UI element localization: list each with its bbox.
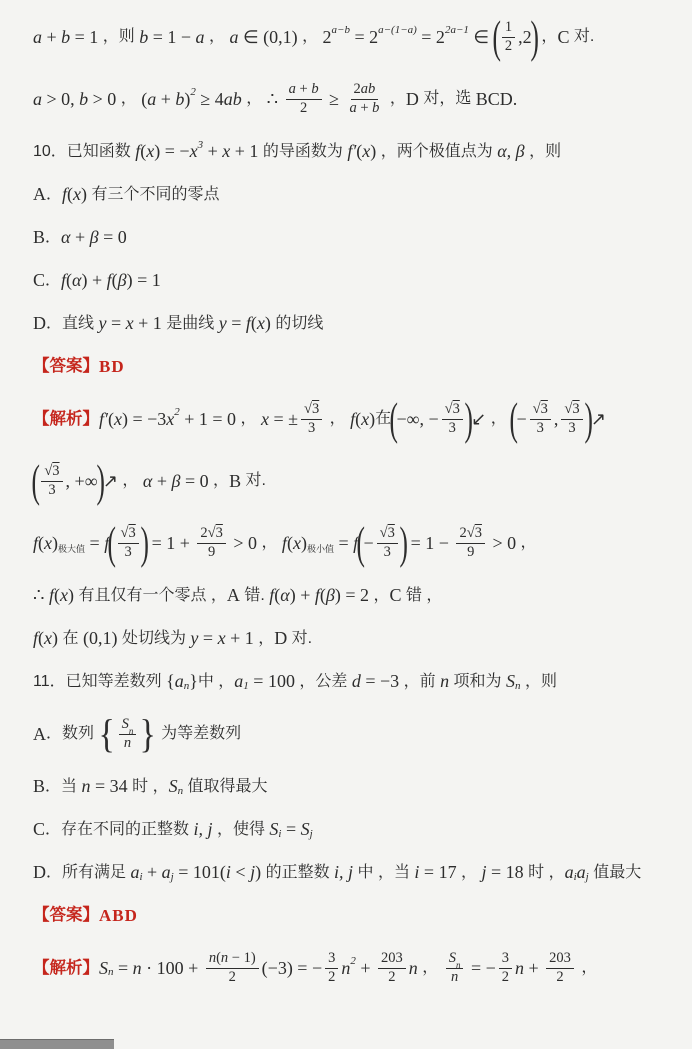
text-run: 3	[125, 544, 132, 561]
text-run: 中 ，当	[353, 863, 414, 883]
text-run: ，则	[98, 27, 139, 47]
text-run: (	[510, 396, 518, 442]
text-run: 1	[505, 19, 512, 36]
text-run: 3	[216, 525, 223, 542]
text-run: ，	[236, 409, 261, 429]
text-run: ．数列	[46, 724, 98, 744]
text-run: α	[72, 269, 81, 292]
text-run: b	[61, 26, 70, 49]
text-run: ，	[118, 471, 143, 491]
question-11-option-b: B．当 n = 34 时 ，Sn 值取得最大	[33, 765, 688, 808]
solution-10-line-5: f(x) 在 (0,1) 处切线为 y = x + 1 ，D 对.	[33, 617, 688, 660]
text-run: )	[52, 627, 63, 650]
text-run: n	[108, 966, 114, 980]
text-run: ≥ 4	[196, 88, 224, 111]
text-run: S	[506, 670, 515, 693]
text-run: x	[44, 532, 52, 555]
text-run: 2√	[459, 525, 474, 542]
text-run: 的导函数为	[263, 142, 347, 162]
text-run: n	[133, 957, 142, 980]
text-run: 2	[300, 100, 307, 117]
text-run: (	[492, 14, 500, 60]
text-run: 2a−1	[445, 24, 469, 38]
text-run: i, j	[193, 818, 212, 841]
text-run: ，	[486, 409, 511, 429]
text-run: n	[409, 957, 418, 980]
text-run: 2	[323, 26, 332, 49]
text-run: √	[304, 401, 312, 418]
text-run: +	[296, 81, 311, 98]
text-run: ≥	[325, 88, 344, 111]
text-run: 的正整数	[266, 863, 334, 883]
question-10-option-b: B．α + β = 0	[33, 216, 688, 259]
text-run: S	[269, 818, 278, 841]
text-run: =	[85, 532, 104, 555]
text-run: ，	[205, 27, 230, 47]
text-run: = 17	[419, 861, 456, 884]
text-run: x	[44, 627, 52, 650]
text-run: ) = −3	[122, 408, 166, 431]
text-run: √	[44, 463, 52, 480]
text-run: 2	[190, 86, 196, 100]
text-run: 11．已知等差数列	[33, 672, 166, 692]
text-run: x	[190, 140, 198, 163]
text-run: ，前	[399, 672, 440, 692]
text-run: 3	[384, 544, 391, 561]
text-run: 处切线为	[122, 629, 190, 649]
question-10-stem: 10．已知函数 f(x) = −x3 + x + 1 的导函数为 f′(x) ，…	[33, 130, 688, 173]
text-run: n	[129, 726, 134, 736]
text-run: ，	[418, 958, 443, 978]
text-run: x	[60, 584, 68, 607]
text-run: ，	[369, 586, 389, 606]
question-11-stem: 11．已知等差数列 {an}中 ，a1 = 100 ，公差 d = −3 ，前 …	[33, 660, 688, 703]
text-run: = 0	[99, 226, 127, 249]
text-run: β	[118, 269, 127, 292]
text-run: = −3	[361, 670, 399, 693]
text-run: 2	[350, 955, 356, 969]
text-run: −	[363, 532, 373, 555]
text-run: 是曲线	[166, 314, 218, 334]
text-run: ，两个极值点为	[376, 142, 497, 162]
text-run: α	[280, 584, 289, 607]
text-run: a−(1−a)	[378, 24, 417, 38]
text-run: 错.	[240, 586, 269, 606]
text-run: n	[184, 680, 190, 694]
text-run: ，	[242, 89, 267, 109]
text-run: + 1	[230, 140, 263, 163]
text-run: y	[219, 312, 227, 335]
answer-11: 【答案】ABD	[33, 894, 688, 937]
text-run: 对，选	[419, 89, 476, 109]
text-run: <	[231, 861, 250, 884]
text-run: x	[218, 627, 226, 650]
text-run: y	[190, 627, 198, 650]
text-run: )	[399, 520, 407, 566]
text-run: 2√	[200, 525, 215, 542]
text-run: {	[99, 714, 115, 754]
text-run: −	[517, 408, 527, 431]
text-run: (	[357, 520, 365, 566]
text-run: ．	[45, 228, 61, 248]
text-run: 对.	[287, 629, 312, 649]
text-run: +	[143, 861, 162, 884]
text-run: C	[33, 269, 45, 292]
text-run: d	[352, 670, 361, 693]
text-run: ．当	[45, 777, 81, 797]
text-run: 极大值	[58, 544, 85, 555]
text-run: 3	[537, 420, 544, 437]
fraction: √33	[561, 401, 582, 436]
text-run: ，	[577, 958, 597, 978]
text-run: n	[440, 670, 449, 693]
text-run: = 2	[417, 26, 445, 49]
question-11-option-a: A．数列 {Snn} 为等差数列	[33, 703, 688, 765]
text-run: + 1 = 0	[180, 408, 236, 431]
text-run: 9	[467, 544, 474, 561]
text-run: S	[169, 775, 178, 798]
solution-10-line-1: 【解析】f′(x) = −3x2 + 1 = 0 ， x = ±√33 ， f(…	[33, 388, 688, 450]
text-run: ) +	[290, 584, 315, 607]
text-run: + 1	[134, 312, 167, 335]
text-run: 203	[381, 950, 403, 967]
text-run: i	[278, 828, 281, 842]
text-run: 时 ，	[132, 777, 168, 797]
fraction: 12	[502, 19, 515, 54]
solution-line-q9-c: a + b = 1 ，则 b = 1 − a ， a ∈ (0,1) ， 2a−…	[33, 6, 688, 68]
text-run: f′	[99, 408, 108, 431]
text-run: 2	[556, 969, 563, 986]
text-run: > 0	[229, 532, 257, 555]
solution-10-line-2: (√33, +∞)↗ ， α + β = 0 ，B 对.	[33, 450, 688, 512]
question-10-option-d: D．直线 y = x + 1 是曲线 y = f(x) 的切线	[33, 302, 688, 345]
text-run: 【解析】	[33, 958, 99, 979]
solution-line-q9-d: a > 0, b > 0 ， (a + b)2 ≥ 4ab ， ∴ a + b2…	[33, 68, 688, 130]
text-run: f′	[347, 140, 356, 163]
text-run: = 18	[487, 861, 529, 884]
text-run: 2	[502, 969, 509, 986]
text-run: > 0	[88, 88, 116, 111]
text-run: 值最大	[589, 863, 641, 883]
text-run: 为等差数列	[157, 724, 241, 744]
text-run: 3	[568, 420, 575, 437]
text-run: = 2	[350, 26, 378, 49]
text-run: a	[196, 26, 205, 49]
text-run: j	[171, 871, 174, 885]
text-run: y	[98, 312, 106, 335]
text-run: ∴	[33, 584, 49, 607]
text-run: }	[140, 714, 156, 754]
text-run: a	[33, 88, 42, 111]
text-run: }	[189, 670, 198, 693]
text-run: 【解析】	[33, 409, 99, 430]
text-run: 2	[328, 969, 335, 986]
text-run: x	[361, 408, 369, 431]
text-run: 1	[243, 680, 249, 694]
text-run: √	[121, 525, 129, 542]
text-run: ．	[46, 185, 62, 205]
text-run: +	[70, 226, 89, 249]
text-run: j	[586, 871, 589, 885]
text-run: = 101(	[174, 861, 226, 884]
text-run: +	[152, 470, 171, 493]
text-run: 203	[549, 950, 571, 967]
text-run: 3	[449, 420, 456, 437]
text-run: a	[33, 26, 42, 49]
text-run: S	[301, 818, 310, 841]
text-run: =	[334, 532, 353, 555]
text-run: n	[456, 960, 461, 970]
text-run: D	[274, 627, 287, 650]
text-run: ，	[257, 533, 282, 553]
fraction: 2032	[546, 950, 574, 985]
text-run: β	[326, 584, 335, 607]
text-run: x	[222, 140, 230, 163]
text-run: b	[372, 100, 379, 117]
fraction: 2032	[378, 950, 406, 985]
text-run: + 1	[226, 627, 254, 650]
text-run: 3	[541, 401, 548, 418]
text-run: 的切线	[275, 314, 323, 334]
text-run: 2	[229, 969, 236, 986]
text-run: a−b	[332, 24, 350, 38]
text-run: x	[362, 140, 370, 163]
text-run: ) = 2	[335, 584, 369, 607]
text-run: (−3) = −	[262, 957, 322, 980]
text-run: = −	[466, 957, 495, 980]
text-run: 2	[174, 406, 180, 420]
text-run: α, β	[497, 140, 524, 163]
text-run: 【答案】	[33, 905, 99, 926]
text-run: ) = 1	[127, 269, 161, 292]
scrollbar-thumb[interactable]	[0, 1039, 114, 1049]
fraction: n(n − 1)2	[206, 950, 259, 985]
text-run: B	[33, 226, 45, 249]
text-run: 3	[388, 525, 395, 542]
text-run: )	[96, 458, 104, 504]
fraction: 2√39	[197, 525, 225, 560]
answer-10: 【答案】BD	[33, 345, 688, 388]
fraction: Snn	[446, 950, 464, 985]
solution-10-line-4: ∴ f(x) 有且仅有一个零点 ，A 错. f(α) + f(β) = 2 ，C…	[33, 574, 688, 617]
text-run: 3	[453, 401, 460, 418]
text-run: 有三个不同的零点	[92, 185, 220, 205]
text-run: x	[146, 140, 154, 163]
text-run: = 1 +	[147, 532, 194, 555]
text-run: n	[124, 735, 131, 752]
text-run: 对.	[569, 27, 594, 47]
text-run: (	[108, 520, 116, 566]
text-run: > 0,	[42, 88, 79, 111]
text-run: α	[143, 470, 152, 493]
text-run: {	[166, 670, 175, 693]
text-run: > 0	[488, 532, 516, 555]
text-run: b	[311, 81, 318, 98]
text-run: D	[33, 312, 46, 335]
fraction: √33	[41, 463, 62, 498]
text-run: a	[349, 100, 356, 117]
text-run: =	[227, 312, 246, 335]
text-run: − 1)	[228, 950, 256, 967]
text-run: a	[130, 861, 139, 884]
text-run: = 0	[180, 470, 208, 493]
text-run: )	[265, 312, 276, 335]
text-run: −∞, −	[396, 408, 438, 431]
text-run: i	[139, 871, 142, 885]
text-run: 有且仅有一个零点 ，	[78, 586, 226, 606]
text-run: ，	[537, 27, 557, 47]
text-run: 2	[505, 38, 512, 55]
text-run: C	[557, 26, 569, 49]
text-run: n	[515, 680, 521, 694]
text-run: b	[79, 88, 88, 111]
text-run: β	[90, 226, 99, 249]
text-run: 对.	[241, 471, 266, 491]
text-run: +	[357, 100, 372, 117]
fraction: 2aba + b	[346, 81, 382, 116]
text-run: S	[449, 950, 456, 967]
text-run: )	[255, 861, 266, 884]
text-run: √	[564, 401, 572, 418]
text-run: ，	[254, 629, 274, 649]
question-11-option-d: D．所有满足 ai + aj = 101(i < j) 的正整数 i, j 中 …	[33, 851, 688, 894]
fraction: √33	[442, 401, 463, 436]
text-run: ，则	[525, 142, 561, 162]
text-run: ，	[457, 863, 482, 883]
fraction: √33	[118, 525, 139, 560]
text-run: ，	[116, 89, 141, 109]
text-run: +	[42, 26, 61, 49]
solution-11-line-1: 【解析】Sn = n · 100 + n(n − 1)2(−3) = −32n2…	[33, 937, 688, 999]
text-run: )	[464, 396, 472, 442]
text-run: 3	[198, 139, 204, 153]
text-run: a	[234, 670, 243, 693]
text-run: x	[261, 408, 269, 431]
text-run: ．所有满足	[46, 863, 130, 883]
fraction: √33	[301, 401, 322, 436]
text-run: = 1 −	[148, 26, 195, 49]
text-run: i, j	[334, 861, 353, 884]
text-run: 3	[312, 401, 319, 418]
text-run: 3	[308, 420, 315, 437]
text-run: n	[178, 785, 184, 799]
text-run: ∈	[469, 26, 494, 49]
text-run: n	[209, 950, 216, 967]
text-run: ，	[298, 27, 323, 47]
text-run: n	[451, 969, 458, 986]
text-run: ab	[224, 88, 242, 111]
text-run: A	[33, 183, 46, 206]
text-run: +	[156, 88, 175, 111]
text-run: x	[293, 532, 301, 555]
text-run: = 34	[90, 775, 132, 798]
text-run: ABD	[99, 905, 138, 926]
text-run: a	[577, 861, 586, 884]
fraction: a + b2	[286, 81, 322, 116]
text-run: α	[61, 226, 70, 249]
text-run: 项和为	[449, 672, 506, 692]
text-run: )	[530, 14, 538, 60]
text-run: ab	[361, 81, 376, 98]
text-run: 中 ，	[198, 672, 234, 692]
text-run: 错 ，	[402, 586, 443, 606]
text-run: ．	[45, 271, 61, 291]
text-run: ∈ (0,1)	[238, 26, 297, 49]
text-run: (	[31, 458, 39, 504]
text-run: 3	[328, 950, 335, 967]
text-run: D	[406, 88, 419, 111]
text-run: )	[140, 520, 148, 566]
fraction: 2√39	[456, 525, 484, 560]
text-run: a	[175, 670, 184, 693]
text-run: √	[533, 401, 541, 418]
text-run: n	[341, 957, 350, 980]
text-run: 3	[48, 482, 55, 499]
text-run: = 1	[70, 26, 98, 49]
question-10-option-a: A．f(x) 有三个不同的零点	[33, 173, 688, 216]
text-run: )	[68, 584, 79, 607]
text-run: D	[33, 861, 46, 884]
text-run: S	[122, 716, 129, 733]
text-run: 3	[572, 401, 579, 418]
text-run: n	[515, 957, 524, 980]
text-run: =	[114, 957, 133, 980]
question-10-option-c: C．f(α) + f(β) = 1	[33, 259, 688, 302]
text-run: x	[126, 312, 134, 335]
text-run: 3	[129, 525, 136, 542]
text-run: ) = −	[154, 140, 189, 163]
solution-10-line-3: f(x)极大值 = f(√33) = 1 + 2√39 > 0 ， f(x)极小…	[33, 512, 688, 574]
text-run: 3	[475, 525, 482, 542]
text-run: ,	[554, 408, 559, 431]
text-run: n	[81, 775, 90, 798]
text-run: +	[356, 957, 375, 980]
text-run: ，	[516, 533, 536, 553]
text-run: x	[73, 183, 81, 206]
text-run: √	[445, 401, 453, 418]
text-run: ，公差	[295, 672, 352, 692]
text-run: (	[390, 396, 398, 442]
text-run: 3	[52, 463, 59, 480]
text-run: 9	[208, 544, 215, 561]
text-run: BCD.	[476, 88, 518, 111]
text-run: C	[390, 584, 402, 607]
question-11-option-c: C．存在不同的正整数 i, j ，使得 Si = Sj	[33, 808, 688, 851]
text-run: 在	[63, 629, 83, 649]
fraction: √33	[530, 401, 551, 436]
text-run: j	[310, 828, 313, 842]
text-run: x	[166, 408, 174, 431]
text-run: 值取得最大	[183, 777, 267, 797]
text-run: ，	[325, 409, 350, 429]
text-run: a	[162, 861, 171, 884]
text-run: a	[147, 88, 156, 111]
text-run: a	[565, 861, 574, 884]
text-run: A	[227, 584, 240, 607]
text-run: √	[380, 525, 388, 542]
document-body: a + b = 1 ，则 b = 1 − a ， a ∈ (0,1) ， 2a−…	[0, 0, 692, 999]
text-run: BD	[99, 356, 125, 377]
text-run: 【答案】	[33, 356, 99, 377]
text-run: x	[257, 312, 265, 335]
text-run: ↗	[103, 470, 118, 493]
text-run: a	[289, 81, 296, 98]
text-run: 10．已知函数	[33, 142, 135, 162]
text-run: x	[114, 408, 122, 431]
text-run: ．存在不同的正整数	[45, 820, 193, 840]
text-run: = ±	[269, 408, 298, 431]
text-run: ) +	[82, 269, 107, 292]
